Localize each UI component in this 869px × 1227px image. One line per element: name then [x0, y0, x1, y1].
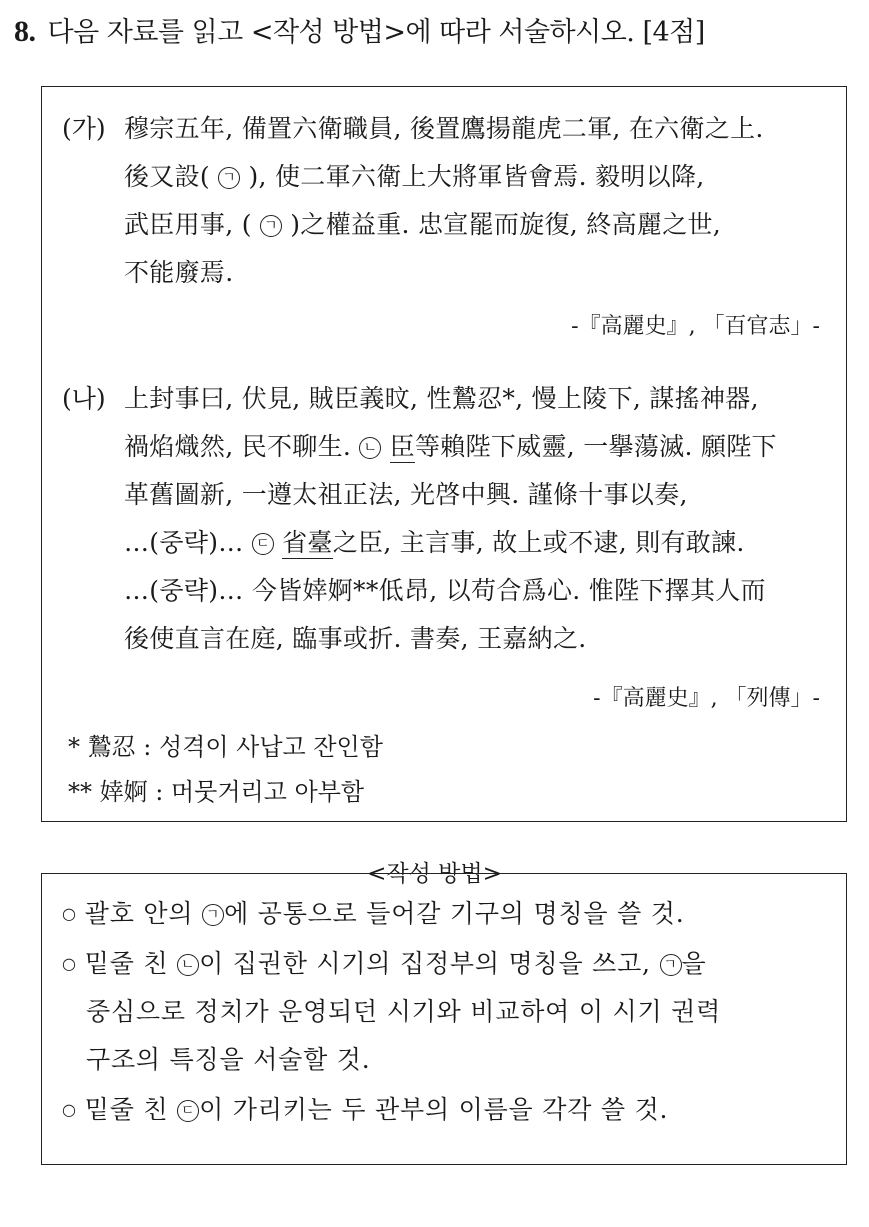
question-number: 8. [14, 15, 36, 48]
passage-label-na: (나) [62, 379, 106, 415]
bullet-icon: ○ [62, 904, 77, 923]
underlined-term: 臣 [390, 432, 415, 463]
method-item: ○괄호 안의 ㄱ에 공통으로 들어갈 기구의 명칭을 쓸 것. [62, 894, 685, 930]
bullet-icon: ○ [62, 1100, 77, 1119]
footnote: ** 婞婀 : 머뭇거리고 아부함 [68, 772, 364, 807]
text-segment: 밑줄 친 [85, 1095, 177, 1124]
passage-label-ga: (가) [62, 109, 106, 145]
text-segment: 之臣, 主言事, 故上或不逮, 則有敢諫. [333, 528, 745, 557]
question-header: 8.다음 자료를 읽고 <작성 방법>에 따라 서술하시오. [4점] [14, 10, 705, 49]
circled-marker-nieun: ㄴ [359, 437, 381, 459]
passage-line: 不能廢焉. [124, 253, 233, 289]
text-segment: 괄호 안의 [85, 899, 202, 928]
question-prompt: 다음 자료를 읽고 <작성 방법>에 따라 서술하시오. [4점] [48, 17, 705, 48]
text-segment: 武臣用事, ( [124, 210, 260, 239]
text-segment: …(중략)… [124, 528, 252, 557]
text-segment: 이 가리키는 두 관부의 이름을 각각 쓸 것. [199, 1095, 668, 1124]
passage-line: 禍焰熾然, 民不聊生. ㄴ 臣等賴陛下威靈, 一擧蕩滅. 願陛下 [124, 427, 777, 463]
citation-na: -『高麗史』, 「列傳」- [593, 681, 820, 712]
text-segment: 밑줄 친 [85, 949, 177, 978]
text-segment: )之權益重. 忠宣罷而旋復, 終高麗之世, [282, 210, 721, 239]
text-segment: 等賴陛下威靈, 一擧蕩滅. 願陛下 [415, 432, 777, 461]
circled-marker-digeut: ㄷ [177, 1100, 199, 1122]
method-item-continuation: 중심으로 정치가 운영되던 시기와 비교하여 이 시기 권력 [86, 992, 721, 1028]
writing-method-box: ○괄호 안의 ㄱ에 공통으로 들어갈 기구의 명칭을 쓸 것. ○밑줄 친 ㄴ이… [41, 873, 847, 1165]
circled-marker-giyeok: ㄱ [260, 215, 282, 237]
text-segment: 禍焰熾然, 民不聊生. [124, 432, 359, 461]
passage-line: 穆宗五年, 備置六衛職員, 後置鷹揚龍虎二軍, 在六衛之上. [124, 109, 764, 145]
passage-line: 革舊圖新, 一遵太祖正法, 光啓中興. 謹條十事以奏, [124, 475, 688, 511]
method-item: ○밑줄 친 ㄴ이 집권한 시기의 집정부의 명칭을 쓰고, ㄱ을 [62, 944, 707, 980]
method-item-continuation: 구조의 특징을 서술할 것. [86, 1040, 371, 1076]
method-item: ○밑줄 친 ㄷ이 가리키는 두 관부의 이름을 각각 쓸 것. [62, 1090, 668, 1126]
passage-line: …(중략)… 今皆婞婀**低昂, 以苟合爲心. 惟陛下擇其人而 [124, 571, 766, 607]
circled-marker-giyeok: ㄱ [202, 904, 224, 926]
underlined-term: 省臺 [282, 528, 333, 559]
passage-line: 後又設( ㄱ ), 使二軍六衛上大將軍皆會焉. 毅明以降, [124, 157, 705, 193]
source-material-box: (가) 穆宗五年, 備置六衛職員, 後置鷹揚龍虎二軍, 在六衛之上. 後又設( … [41, 86, 847, 822]
circled-marker-giyeok: ㄱ [218, 167, 240, 189]
text-segment: 을 [682, 949, 707, 978]
circled-marker-digeut: ㄷ [252, 533, 274, 555]
passage-line: …(중략)… ㄷ 省臺之臣, 主言事, 故上或不逮, 則有敢諫. [124, 523, 745, 559]
text-segment: 에 공통으로 들어갈 기구의 명칭을 쓸 것. [224, 899, 684, 928]
bullet-icon: ○ [62, 954, 77, 973]
footnote: * 鷙忍 : 성격이 사납고 잔인함 [68, 727, 383, 762]
text-segment: 이 집권한 시기의 집정부의 명칭을 쓰고, [199, 949, 659, 978]
text-segment: 後又設( [124, 162, 218, 191]
passage-line: 後使直言在庭, 臨事或折. 書奏, 王嘉納之. [124, 619, 587, 655]
passage-line: 上封事曰, 伏見, 賊臣義旼, 性鷙忍*, 慢上陵下, 謀搖神器, [124, 379, 759, 415]
circled-marker-nieun: ㄴ [177, 954, 199, 976]
circled-marker-giyeok: ㄱ [660, 954, 682, 976]
citation-ga: -『高麗史』, 「百官志」- [571, 309, 820, 340]
text-segment: ), 使二軍六衛上大將軍皆會焉. 毅明以降, [240, 162, 704, 191]
passage-line: 武臣用事, ( ㄱ )之權益重. 忠宣罷而旋復, 終高麗之世, [124, 205, 721, 241]
